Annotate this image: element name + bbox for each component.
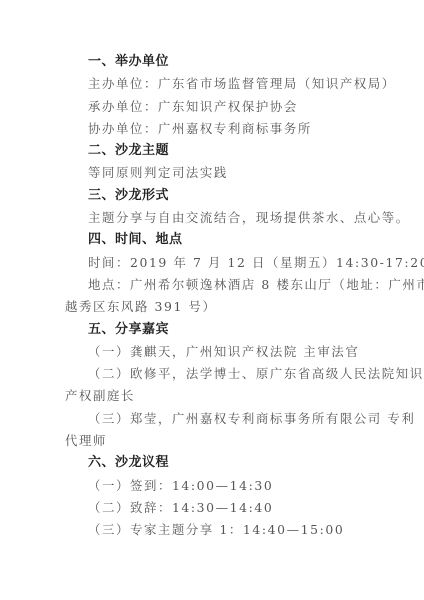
agenda-item-1: （一）签到：14:00—14:30 — [65, 475, 361, 497]
guest-2-line1: （二）欧修平，法学博士、原广东省高级人民法院知识 — [65, 363, 361, 385]
event-time: 时间：2019 年 7 月 12 日（星期五）14:30-17:20 — [65, 252, 361, 274]
undertaking-organizer: 承办单位：广东知识产权保护协会 — [65, 96, 361, 118]
guest-2-line2: 产权副庭长 — [65, 385, 361, 407]
host-organizer: 主办单位：广东省市场监督管理局（知识产权局） — [65, 73, 361, 95]
document-page: 一、举办单位 主办单位：广东省市场监督管理局（知识产权局） 承办单位：广东知识产… — [65, 51, 361, 542]
theme-text: 等同原则判定司法实践 — [65, 162, 361, 184]
section-heading-format: 三、沙龙形式 — [65, 185, 361, 207]
co-organizer: 协办单位：广州嘉权专利商标事务所 — [65, 118, 361, 140]
section-heading-theme: 二、沙龙主题 — [65, 140, 361, 162]
format-text: 主题分享与自由交流结合，现场提供茶水、点心等。 — [65, 207, 361, 229]
section-heading-organizers: 一、举办单位 — [65, 51, 361, 73]
guest-3-line1: （三）郑莹，广州嘉权专利商标事务所有限公司 专利 — [65, 408, 361, 430]
agenda-item-2: （二）致辞：14:30—14:40 — [65, 497, 361, 519]
guest-3-line2: 代理师 — [65, 430, 361, 452]
section-heading-agenda: 六、沙龙议程 — [65, 452, 361, 474]
section-heading-time-place: 四、时间、地点 — [65, 229, 361, 251]
event-place-line2: 越秀区东风路 391 号） — [65, 296, 361, 318]
agenda-item-3: （三）专家主题分享 1：14:40—15:00 — [65, 519, 361, 541]
section-heading-guests: 五、分享嘉宾 — [65, 319, 361, 341]
event-place-line1: 地点：广州希尔顿逸林酒店 8 楼东山厅（地址：广州市 — [65, 274, 361, 296]
guest-1: （一）龚麒天，广州知识产权法院 主审法官 — [65, 341, 361, 363]
